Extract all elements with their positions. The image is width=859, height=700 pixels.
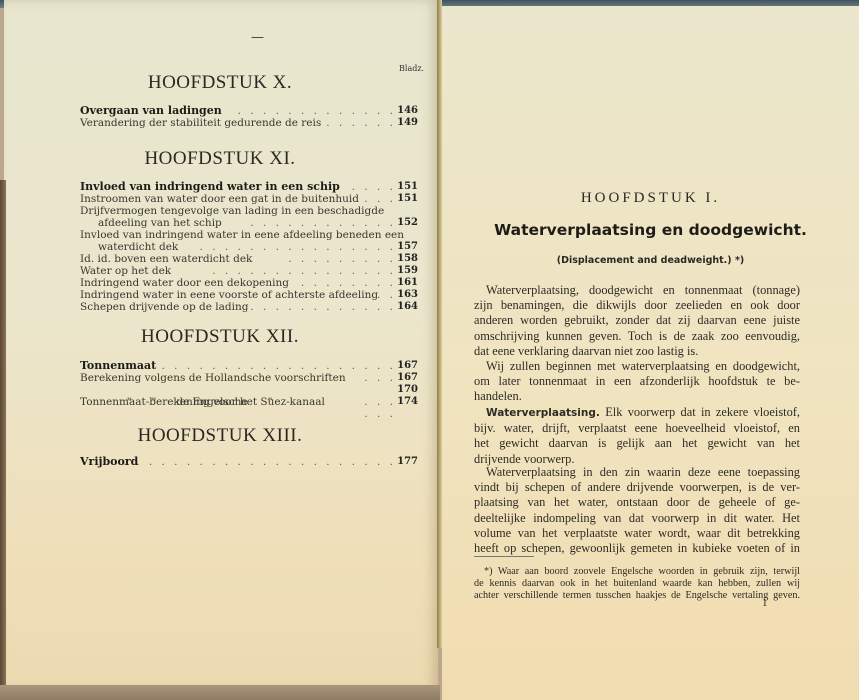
toc-entry: Tonnenmaat-berekening voor het Suez-kana… bbox=[80, 396, 418, 408]
toc-entry: Indringend water in eene voorste of acht… bbox=[80, 289, 418, 301]
toc-entry: Verandering der stabiliteit gedurende de… bbox=[80, 117, 418, 129]
toc-entry: Id. id. boven een waterdicht dek . . . .… bbox=[80, 253, 418, 265]
chapter-heading-xi: HOOFDSTUK XI. bbox=[0, 148, 440, 170]
chapter-heading-i: HOOFDSTUK I. bbox=[442, 190, 859, 207]
toc-entry: Instroomen van water door een gat in de … bbox=[80, 193, 418, 205]
toc-entry: Berekening volgens de Hollandsche voorsc… bbox=[80, 372, 418, 384]
chapter-title: Waterverplaatsing en doodgewicht. bbox=[442, 221, 859, 239]
toc-entry: Water op het dek . . . . . . . . . . . .… bbox=[80, 265, 418, 277]
toc-entry: Tonnenmaat . . . . . . . . . . . . . . .… bbox=[80, 360, 418, 372]
chapter-heading-xii: HOOFDSTUK XII. bbox=[0, 326, 440, 348]
page-number: 1 bbox=[762, 597, 768, 609]
body-paragraph: Waterverplaatsing. Elk voorwerp dat in z… bbox=[474, 405, 800, 467]
page-bottom-shadow bbox=[0, 685, 440, 700]
page-top-mark: — bbox=[251, 30, 264, 45]
run-in-heading: Waterverplaatsing. bbox=[486, 407, 600, 419]
toc-entry: Invloed van indringend water in eene afd… bbox=[80, 229, 418, 241]
footnote-rule bbox=[474, 556, 534, 557]
toc-entry: afdeeling van het schip . . . . . . . . … bbox=[98, 217, 418, 229]
body-paragraph: Wij zullen beginnen met waterverplaatsin… bbox=[474, 359, 800, 405]
body-paragraph: Waterverplaatsing in den zin waarin deze… bbox=[474, 465, 800, 556]
toc-entry: Drijfvermogen tengevolge van lading in e… bbox=[80, 205, 418, 217]
toc-entry: Schepen drijvende op de lading . . . . .… bbox=[80, 301, 418, 313]
footnote: *) Waar aan boord zoovele Engelsche woor… bbox=[474, 566, 800, 601]
toc-entry: Invloed van indringend water in een schi… bbox=[80, 181, 418, 193]
chapter-subtitle: (Displacement and deadweight.) *) bbox=[442, 255, 859, 266]
toc-entry: Overgaan van ladingen . . . . . . . . . … bbox=[80, 105, 418, 117]
toc-entry: waterdicht dek . . . . . . . . . . . . .… bbox=[98, 241, 418, 253]
chapter-heading-x: HOOFDSTUK X. bbox=[0, 72, 440, 94]
toc-entry: Vrijboord . . . . . . . . . . . . . . . … bbox=[80, 456, 418, 468]
toc-entry: " " de Engelsche " . . . 170 bbox=[80, 384, 418, 396]
chapter-heading-xiii: HOOFDSTUK XIII. bbox=[0, 425, 440, 447]
toc-entry: Indringend water door een dekopening . .… bbox=[80, 277, 418, 289]
body-paragraph: Waterverplaatsing, doodgewicht en tonnen… bbox=[474, 283, 800, 359]
